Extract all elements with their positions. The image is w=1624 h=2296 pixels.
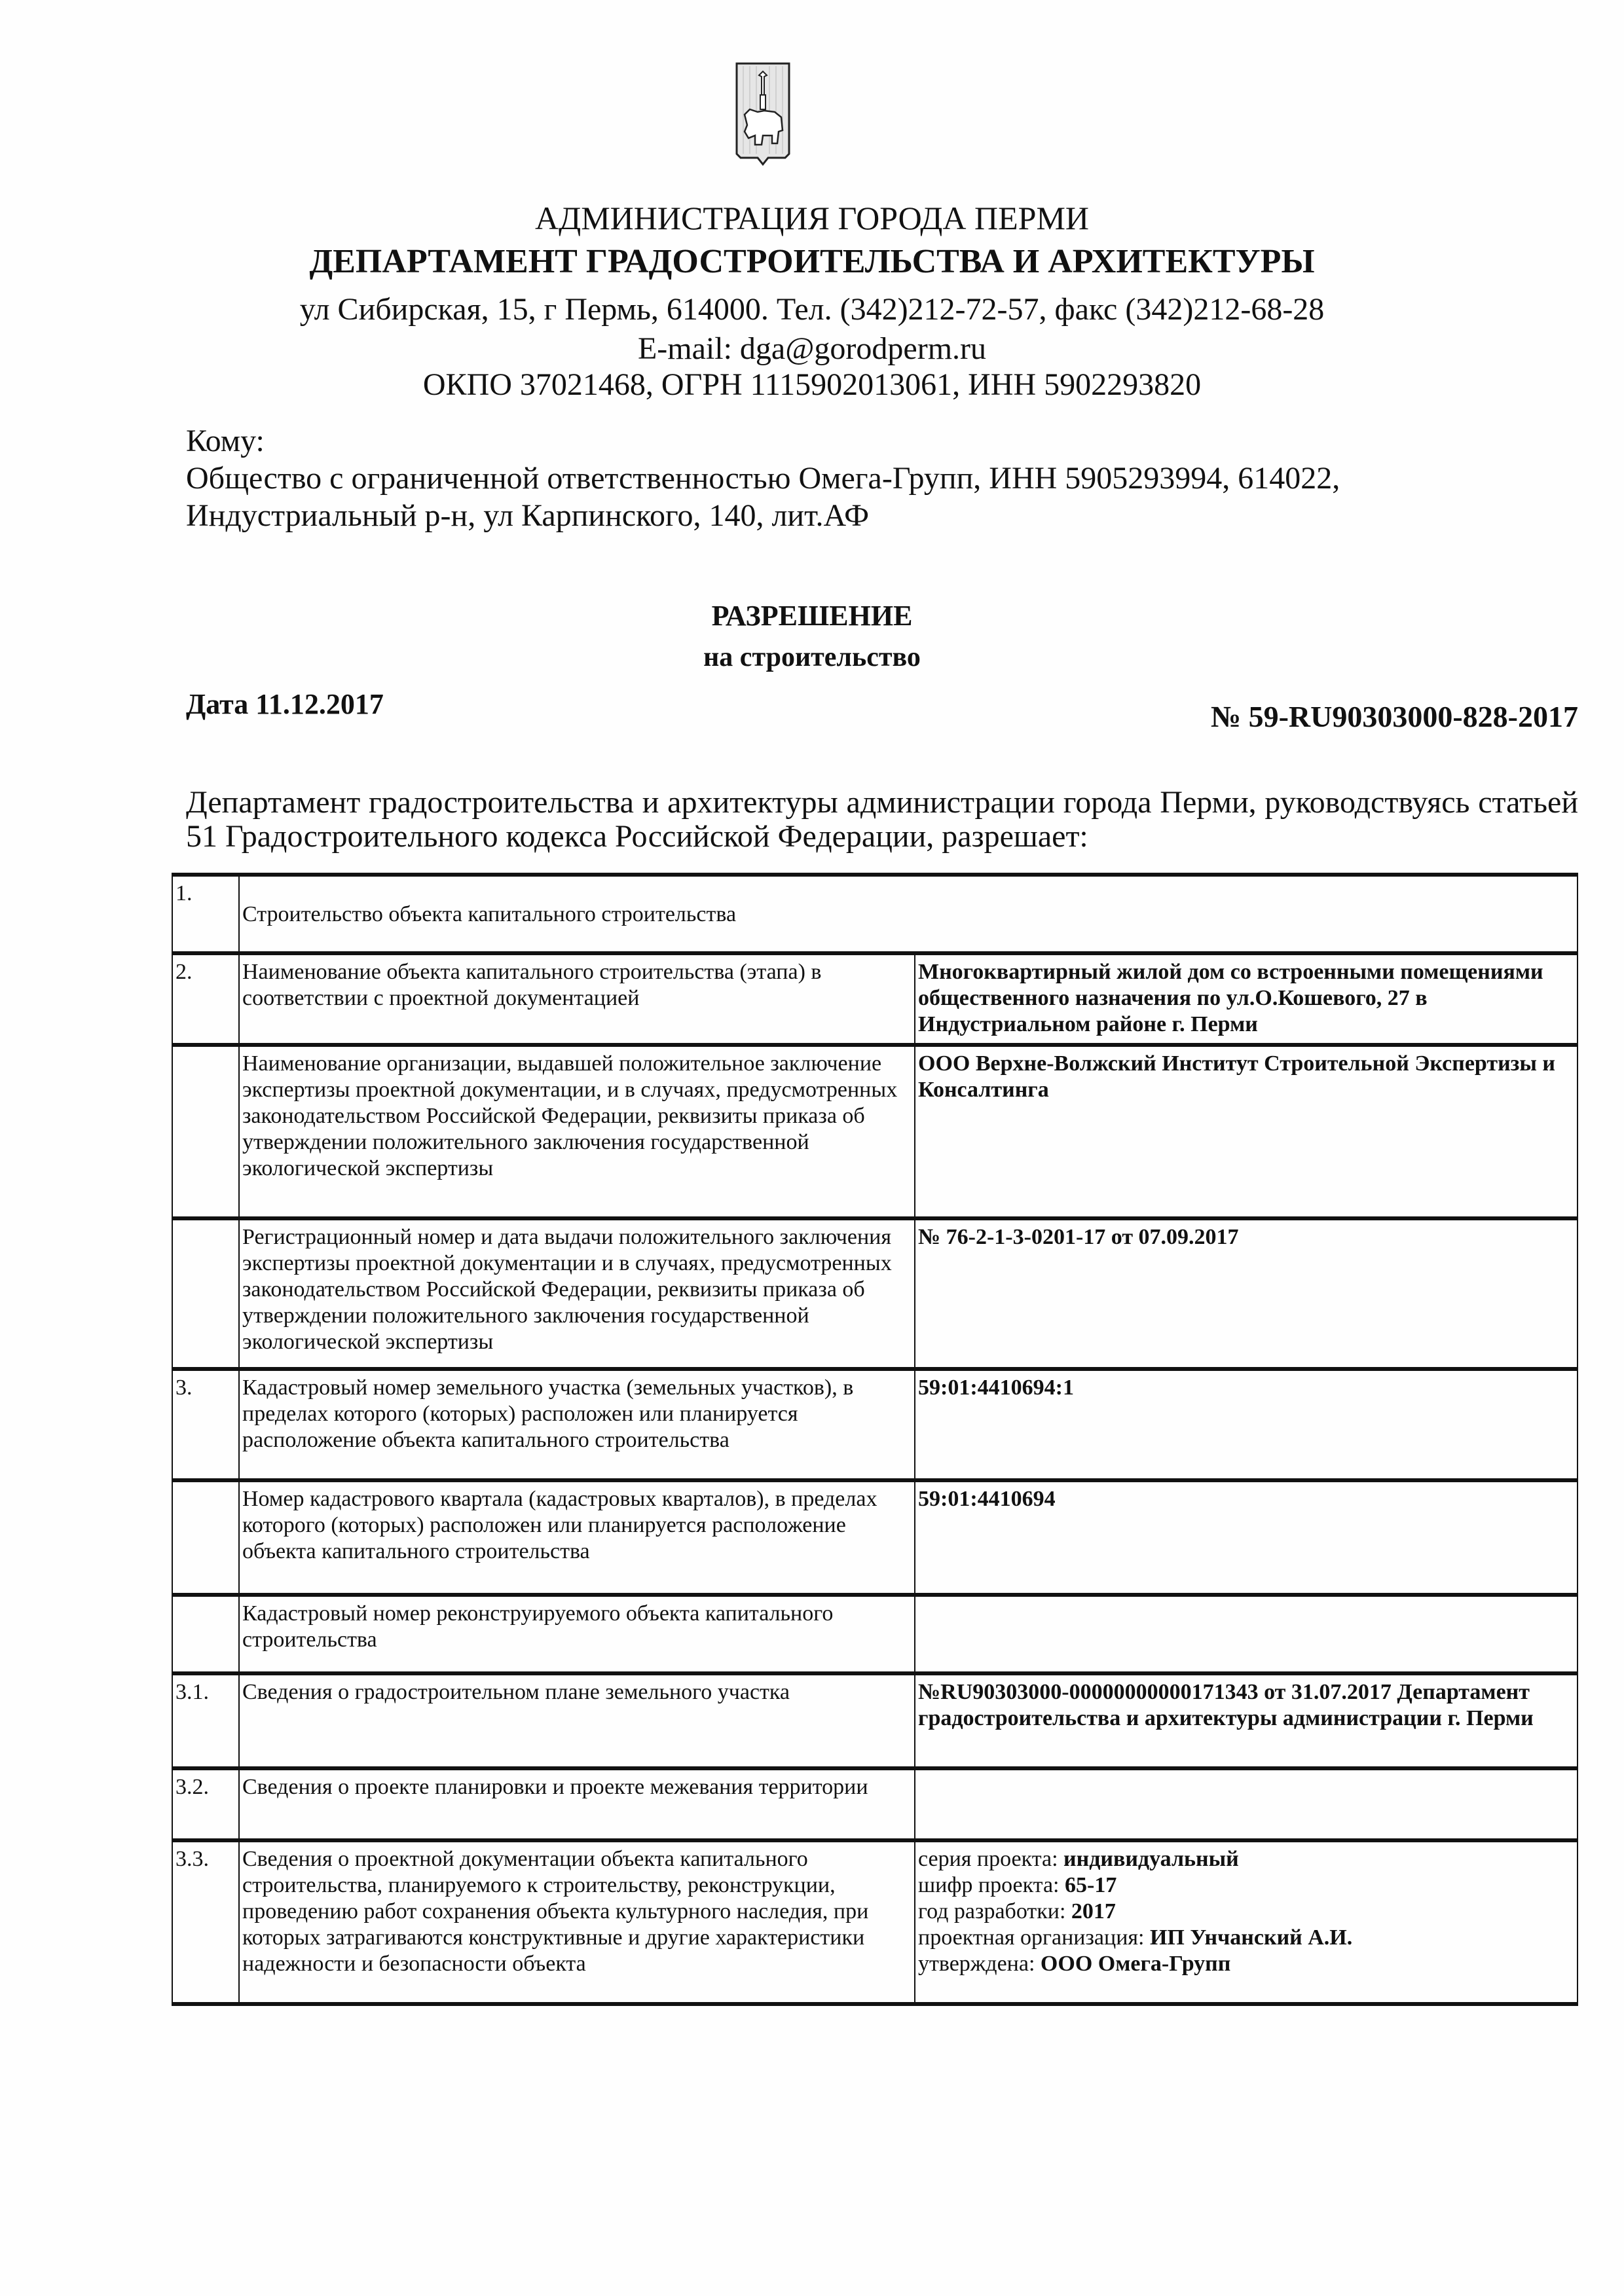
- project-detail-key: шифр проекта:: [918, 1873, 1065, 1897]
- row-number: 3.3.: [172, 1840, 239, 2004]
- project-detail-key: год разработки:: [918, 1899, 1071, 1923]
- table-row: Наименование организации, выдавшей полож…: [172, 1045, 1578, 1218]
- row-label: Кадастровый номер реконструируемого объе…: [239, 1595, 915, 1673]
- row-value: № 76-2-1-3-0201-17 от 07.09.2017: [915, 1218, 1578, 1369]
- document-page: АДМИНИСТРАЦИЯ ГОРОДА ПЕРМИ ДЕПАРТАМЕНТ Г…: [0, 0, 1624, 2296]
- permit-table: 1.Строительство объекта капитального стр…: [172, 873, 1578, 2006]
- project-detail: год разработки: 2017: [918, 1899, 1574, 1925]
- project-detail-value: ООО Омега-Групп: [1041, 1952, 1230, 1976]
- row-number: [172, 1480, 239, 1595]
- row-label: Сведения о проекте планировки и проекте …: [239, 1768, 915, 1840]
- project-detail-key: серия проекта:: [918, 1847, 1063, 1871]
- row-label: Номер кадастрового квартала (кадастровых…: [239, 1480, 915, 1595]
- recipient-line-2: Индустриальный р-н, ул Карпинского, 140,…: [186, 497, 1340, 534]
- row-value: №RU90303000-00000000000171343 от 31.07.2…: [915, 1673, 1578, 1768]
- project-detail: проектная организация: ИП Унчанский А.И.: [918, 1925, 1574, 1951]
- table-row: 2.Наименование объекта капитального стро…: [172, 953, 1578, 1045]
- department-name: ДЕПАРТАМЕНТ ГРАДОСТРОИТЕЛЬСТВА И АРХИТЕК…: [0, 242, 1624, 281]
- project-detail-value: 2017: [1071, 1899, 1116, 1923]
- row-label: Наименование объекта капитального строит…: [239, 953, 915, 1045]
- row-number: 3.: [172, 1369, 239, 1480]
- recipient-label: Кому:: [186, 422, 1340, 460]
- document-subtitle: на строительство: [0, 642, 1624, 673]
- row-number: 3.2.: [172, 1768, 239, 1840]
- row-number: [172, 1218, 239, 1369]
- row-number: [172, 1595, 239, 1673]
- recipient-block: Кому: Общество с ограниченной ответствен…: [186, 422, 1340, 534]
- row-label: Сведения о градостроительном плане земел…: [239, 1673, 915, 1768]
- department-codes: ОКПО 37021468, ОГРН 1115902013061, ИНН 5…: [0, 367, 1624, 403]
- row-value: 59:01:4410694:1: [915, 1369, 1578, 1480]
- row-label: Кадастровый номер земельного участка (зе…: [239, 1369, 915, 1480]
- table-row: Кадастровый номер реконструируемого объе…: [172, 1595, 1578, 1673]
- row-number: [172, 1045, 239, 1218]
- department-email: E-mail: dga@gorodperm.ru: [0, 331, 1624, 367]
- row-value: Многоквартирный жилой дом со встроенными…: [915, 953, 1578, 1045]
- table-row: 3.Кадастровый номер земельного участка (…: [172, 1369, 1578, 1480]
- table-row: 1.Строительство объекта капитального стр…: [172, 875, 1578, 953]
- table-row: 3.1.Сведения о градостроительном плане з…: [172, 1673, 1578, 1768]
- project-detail: шифр проекта: 65-17: [918, 1872, 1574, 1899]
- row-value: 59:01:4410694: [915, 1480, 1578, 1595]
- administration-name: АДМИНИСТРАЦИЯ ГОРОДА ПЕРМИ: [0, 199, 1624, 237]
- project-detail: утверждена: ООО Омега-Групп: [918, 1951, 1574, 1977]
- document-date: Дата 11.12.2017: [186, 687, 384, 721]
- row-number: 1.: [172, 875, 239, 953]
- table-row: Номер кадастрового квартала (кадастровых…: [172, 1480, 1578, 1595]
- project-detail: серия проекта: индивидуальный: [918, 1846, 1574, 1872]
- row-value: ООО Верхне-Волжский Институт Строительно…: [915, 1045, 1578, 1218]
- row-number: 3.1.: [172, 1673, 239, 1768]
- project-detail-key: проектная организация:: [918, 1925, 1150, 1950]
- table-row: Регистрационный номер и дата выдачи поло…: [172, 1218, 1578, 1369]
- row-label: Регистрационный номер и дата выдачи поло…: [239, 1218, 915, 1369]
- row-value: [915, 1595, 1578, 1673]
- department-address: ул Сибирская, 15, г Пермь, 614000. Тел. …: [0, 291, 1624, 327]
- row-label: Строительство объекта капитального строи…: [239, 875, 1578, 953]
- row-label: Сведения о проектной документации объект…: [239, 1840, 915, 2004]
- project-detail-value: 65-17: [1065, 1873, 1116, 1897]
- recipient-line-1: Общество с ограниченной ответственностью…: [186, 460, 1340, 497]
- document-number: № 59-RU90303000-828-2017: [1211, 699, 1578, 734]
- row-value: [915, 1768, 1578, 1840]
- row-value: серия проекта: индивидуальныйшифр проект…: [915, 1840, 1578, 2004]
- table-row: 3.3.Сведения о проектной документации об…: [172, 1840, 1578, 2004]
- perm-coat-of-arms-icon: [735, 62, 790, 167]
- table-row: 3.2.Сведения о проекте планировки и прое…: [172, 1768, 1578, 1840]
- row-label: Наименование организации, выдавшей полож…: [239, 1045, 915, 1218]
- project-detail-value: ИП Унчанский А.И.: [1150, 1925, 1352, 1950]
- row-number: 2.: [172, 953, 239, 1045]
- document-title: РАЗРЕШЕНИЕ: [0, 599, 1624, 632]
- project-detail-value: индивидуальный: [1063, 1847, 1239, 1871]
- project-detail-key: утверждена:: [918, 1952, 1041, 1976]
- intro-paragraph: Департамент градостроительства и архитек…: [186, 786, 1578, 854]
